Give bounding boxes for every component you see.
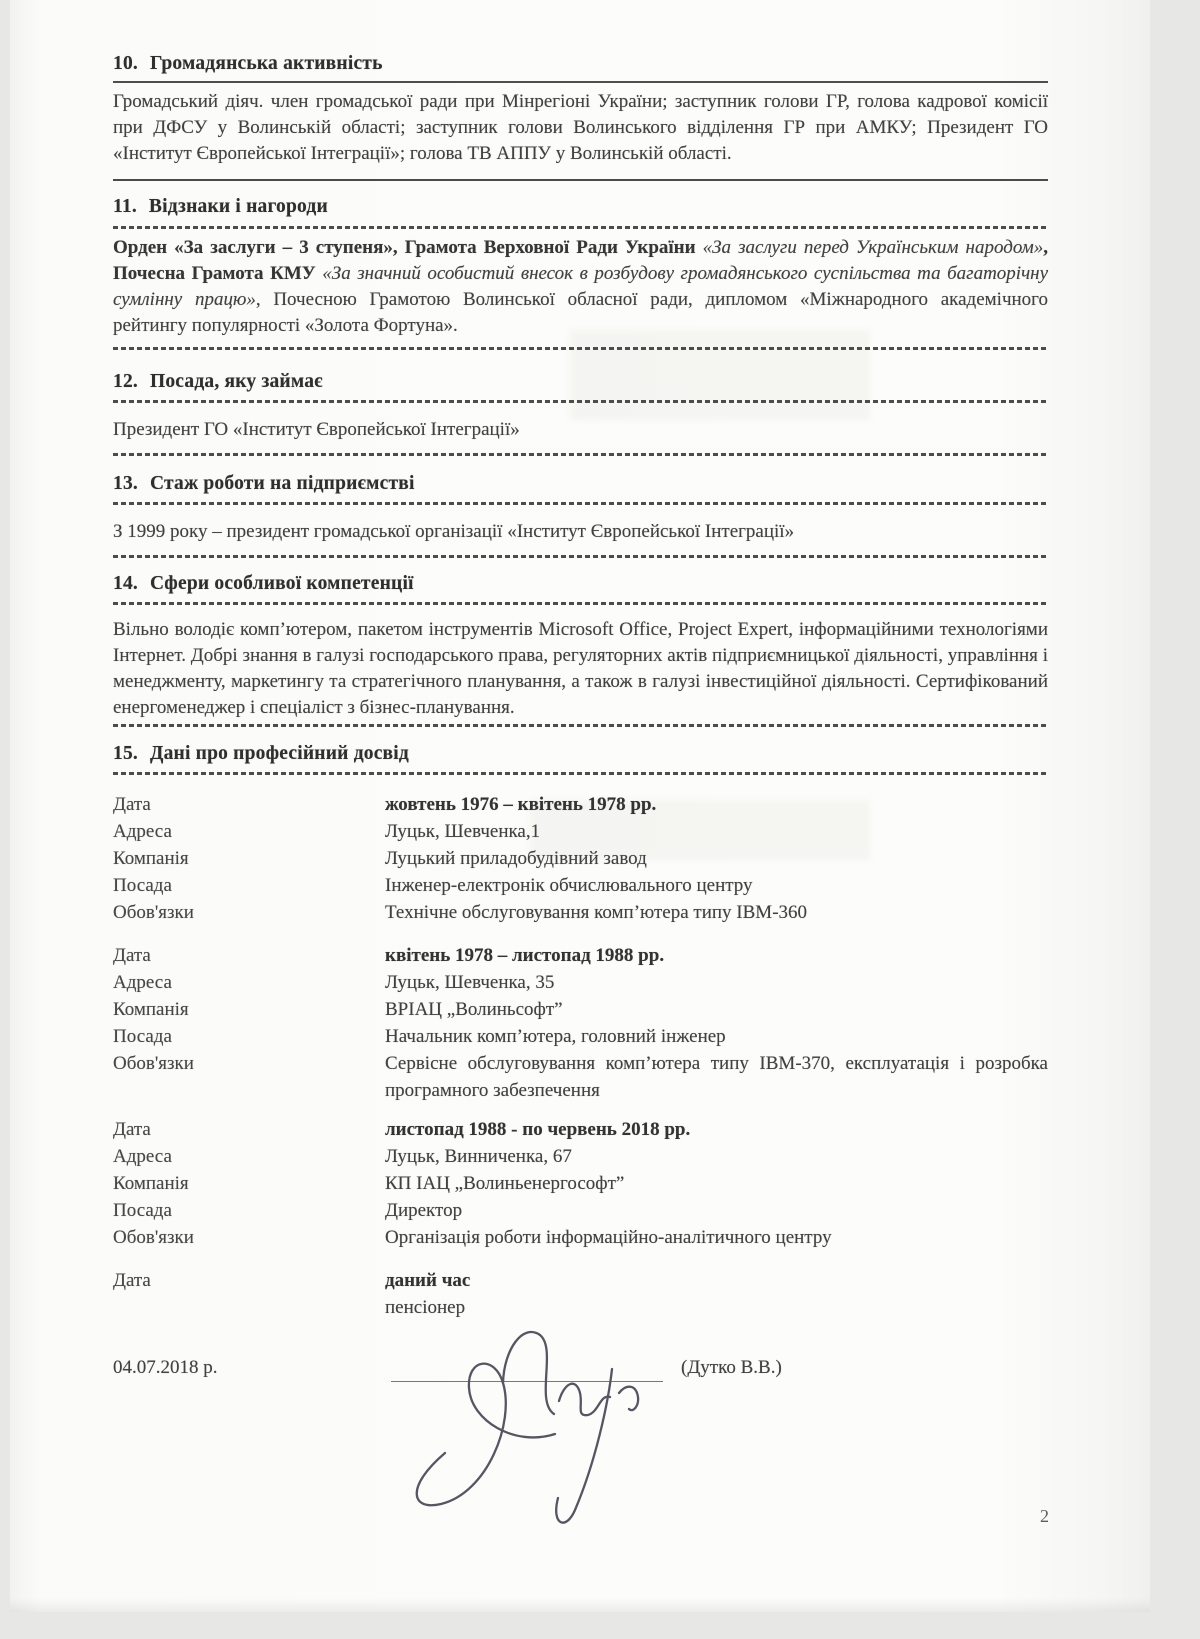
experience-list: Датажовтень 1976 – квітень 1978 рр.Адрес…	[113, 791, 1048, 1321]
experience-row: Обов'язкиОрганізація роботи інформаційно…	[113, 1224, 1048, 1251]
section-title: Посада, яку займає	[150, 371, 323, 392]
divider-dashed	[113, 724, 1048, 727]
experience-row: Датажовтень 1976 – квітень 1978 рр.	[113, 791, 1048, 818]
experience-field-value: Луцьк, Шевченка, 35	[385, 969, 1048, 996]
section-title: Стаж роботи на підприємстві	[150, 473, 415, 494]
section-number: 15.	[113, 743, 138, 764]
section-title: Сфери особливої компетенції	[150, 573, 414, 594]
divider-dashed	[113, 602, 1048, 605]
divider-dashed	[113, 555, 1048, 558]
experience-row: Даталистопад 1988 - по червень 2018 рр.	[113, 1116, 1048, 1143]
experience-field-value: КП ІАЦ „Волиньенергософт”	[385, 1170, 1048, 1197]
section-number: 13.	[113, 473, 138, 494]
section-13-heading: 13.Стаж роботи на підприємстві	[113, 470, 1048, 498]
experience-field-label: Адреса	[113, 1143, 385, 1170]
divider-solid	[113, 179, 1048, 181]
experience-field-label: Обов'язки	[113, 1050, 385, 1104]
scanned-page: 10.Громадянська активність Громадський д…	[10, 0, 1150, 1612]
text-run: Орден «За заслуги – 3 ступеня», Грамота …	[113, 237, 703, 258]
experience-field-value: квітень 1978 – листопад 1988 рр.	[385, 942, 1048, 969]
experience-row: АдресаЛуцьк, Шевченка, 35	[113, 969, 1048, 996]
experience-row: Датаквітень 1978 – листопад 1988 рр.	[113, 942, 1048, 969]
experience-field-value: Технічне обслуговування комп’ютера типу …	[385, 899, 1048, 926]
experience-field-value: Інженер-електронік обчислювального центр…	[385, 872, 1048, 899]
experience-field-label: Обов'язки	[113, 899, 385, 926]
text-run: Президент ГО «Інститут Європейської Інте…	[113, 419, 520, 440]
section-number: 14.	[113, 573, 138, 594]
section-12-heading: 12.Посада, яку займає	[113, 368, 1048, 396]
experience-field-label: Дата	[113, 1116, 385, 1143]
experience-field-label	[113, 1294, 385, 1321]
section-14-body: Вільно володіє комп’ютером, пакетом інст…	[113, 617, 1048, 721]
experience-entry: Датаквітень 1978 – листопад 1988 рр.Адре…	[113, 942, 1048, 1104]
experience-entry: Даталистопад 1988 - по червень 2018 рр.А…	[113, 1116, 1048, 1251]
experience-field-label: Обов'язки	[113, 1224, 385, 1251]
divider-dashed	[113, 453, 1048, 456]
experience-field-label: Дата	[113, 1267, 385, 1294]
page-number: 2	[1040, 1506, 1049, 1527]
experience-field-value: ВРІАЦ „Волиньсофт”	[385, 996, 1048, 1023]
experience-field-label: Посада	[113, 872, 385, 899]
divider-dashed	[113, 347, 1048, 350]
experience-field-label: Посада	[113, 1023, 385, 1050]
experience-field-value: даний час	[385, 1267, 1048, 1294]
experience-field-value: Луцький приладобудівний завод	[385, 845, 1048, 872]
experience-row: КомпаніяКП ІАЦ „Волиньенергософт”	[113, 1170, 1048, 1197]
divider-dashed	[113, 772, 1048, 775]
experience-row: ПосадаНачальник комп’ютера, головний інж…	[113, 1023, 1048, 1050]
section-10-heading: 10.Громадянська активність	[113, 50, 1048, 83]
section-12-body: Президент ГО «Інститут Європейської Інте…	[113, 417, 1048, 443]
section-10-body: Громадський діяч. член громадської ради …	[113, 89, 1048, 167]
section-title: Громадянська активність	[150, 53, 383, 74]
section-11-heading: 11.Відзнаки і нагороди	[113, 193, 1048, 221]
experience-row: КомпаніяВРІАЦ „Волиньсофт”	[113, 996, 1048, 1023]
divider-dashed	[113, 502, 1048, 505]
text-run: Вільно володіє комп’ютером, пакетом інст…	[113, 619, 1048, 718]
divider-dashed	[113, 400, 1048, 403]
experience-row: АдресаЛуцьк, Винниченка, 67	[113, 1143, 1048, 1170]
footer-name: (Дутко В.В.)	[681, 1357, 782, 1379]
experience-field-label: Компанія	[113, 1170, 385, 1197]
experience-row: КомпаніяЛуцький приладобудівний завод	[113, 845, 1048, 872]
experience-field-label: Компанія	[113, 996, 385, 1023]
text-run: З 1999 року – президент громадської орга…	[113, 521, 794, 542]
section-15-heading: 15.Дані про професійний досвід	[113, 740, 1048, 768]
experience-field-label: Компанія	[113, 845, 385, 872]
experience-field-value: Луцьк, Шевченка,1	[385, 818, 1048, 845]
experience-row: ПосадаДиректор	[113, 1197, 1048, 1224]
experience-entry: Датажовтень 1976 – квітень 1978 рр.Адрес…	[113, 791, 1048, 926]
experience-field-value: листопад 1988 - по червень 2018 рр.	[385, 1116, 1048, 1143]
experience-field-label: Адреса	[113, 818, 385, 845]
section-11-body: Орден «За заслуги – 3 ступеня», Грамота …	[113, 235, 1048, 339]
experience-field-value: Організація роботи інформаційно-аналітич…	[385, 1224, 1048, 1251]
footer-date: 04.07.2018 р.	[113, 1357, 218, 1379]
experience-row: ПосадаІнженер-електронік обчислювального…	[113, 872, 1048, 899]
section-number: 12.	[113, 371, 138, 392]
experience-field-value: Начальник комп’ютера, головний інженер	[385, 1023, 1048, 1050]
section-number: 11.	[113, 196, 137, 217]
experience-field-value: Луцьк, Винниченка, 67	[385, 1143, 1048, 1170]
section-title: Дані про професійний досвід	[150, 743, 409, 764]
experience-field-value: жовтень 1976 – квітень 1978 рр.	[385, 791, 1048, 818]
section-number: 10.	[113, 53, 138, 74]
experience-row: Обов'язкиТехнічне обслуговування комп’ют…	[113, 899, 1048, 926]
handwritten-signature	[383, 1305, 683, 1540]
experience-row: АдресаЛуцьк, Шевченка,1	[113, 818, 1048, 845]
section-14-heading: 14.Сфери особливої компетенції	[113, 570, 1048, 598]
divider-dashed	[113, 226, 1048, 229]
experience-field-label: Дата	[113, 791, 385, 818]
text-run: «За заслуги перед Українським народом»	[703, 237, 1044, 258]
experience-row: Датаданий час	[113, 1267, 1048, 1294]
experience-field-label: Адреса	[113, 969, 385, 996]
experience-row: Обов'язкиСервісне обслуговування комп’ют…	[113, 1050, 1048, 1104]
experience-field-label: Посада	[113, 1197, 385, 1224]
document-content: 10.Громадянська активність Громадський д…	[113, 50, 1048, 1417]
section-title: Відзнаки і нагороди	[149, 196, 328, 217]
signature-block: 04.07.2018 р. (Дутко В.В.)	[113, 1357, 1048, 1417]
experience-field-label: Дата	[113, 942, 385, 969]
section-13-body: З 1999 року – президент громадської орга…	[113, 519, 1048, 545]
text-run: Громадський діяч. член громадської ради …	[113, 91, 1048, 164]
experience-field-value: Сервісне обслуговування комп’ютера типу …	[385, 1050, 1048, 1104]
experience-field-value: Директор	[385, 1197, 1048, 1224]
